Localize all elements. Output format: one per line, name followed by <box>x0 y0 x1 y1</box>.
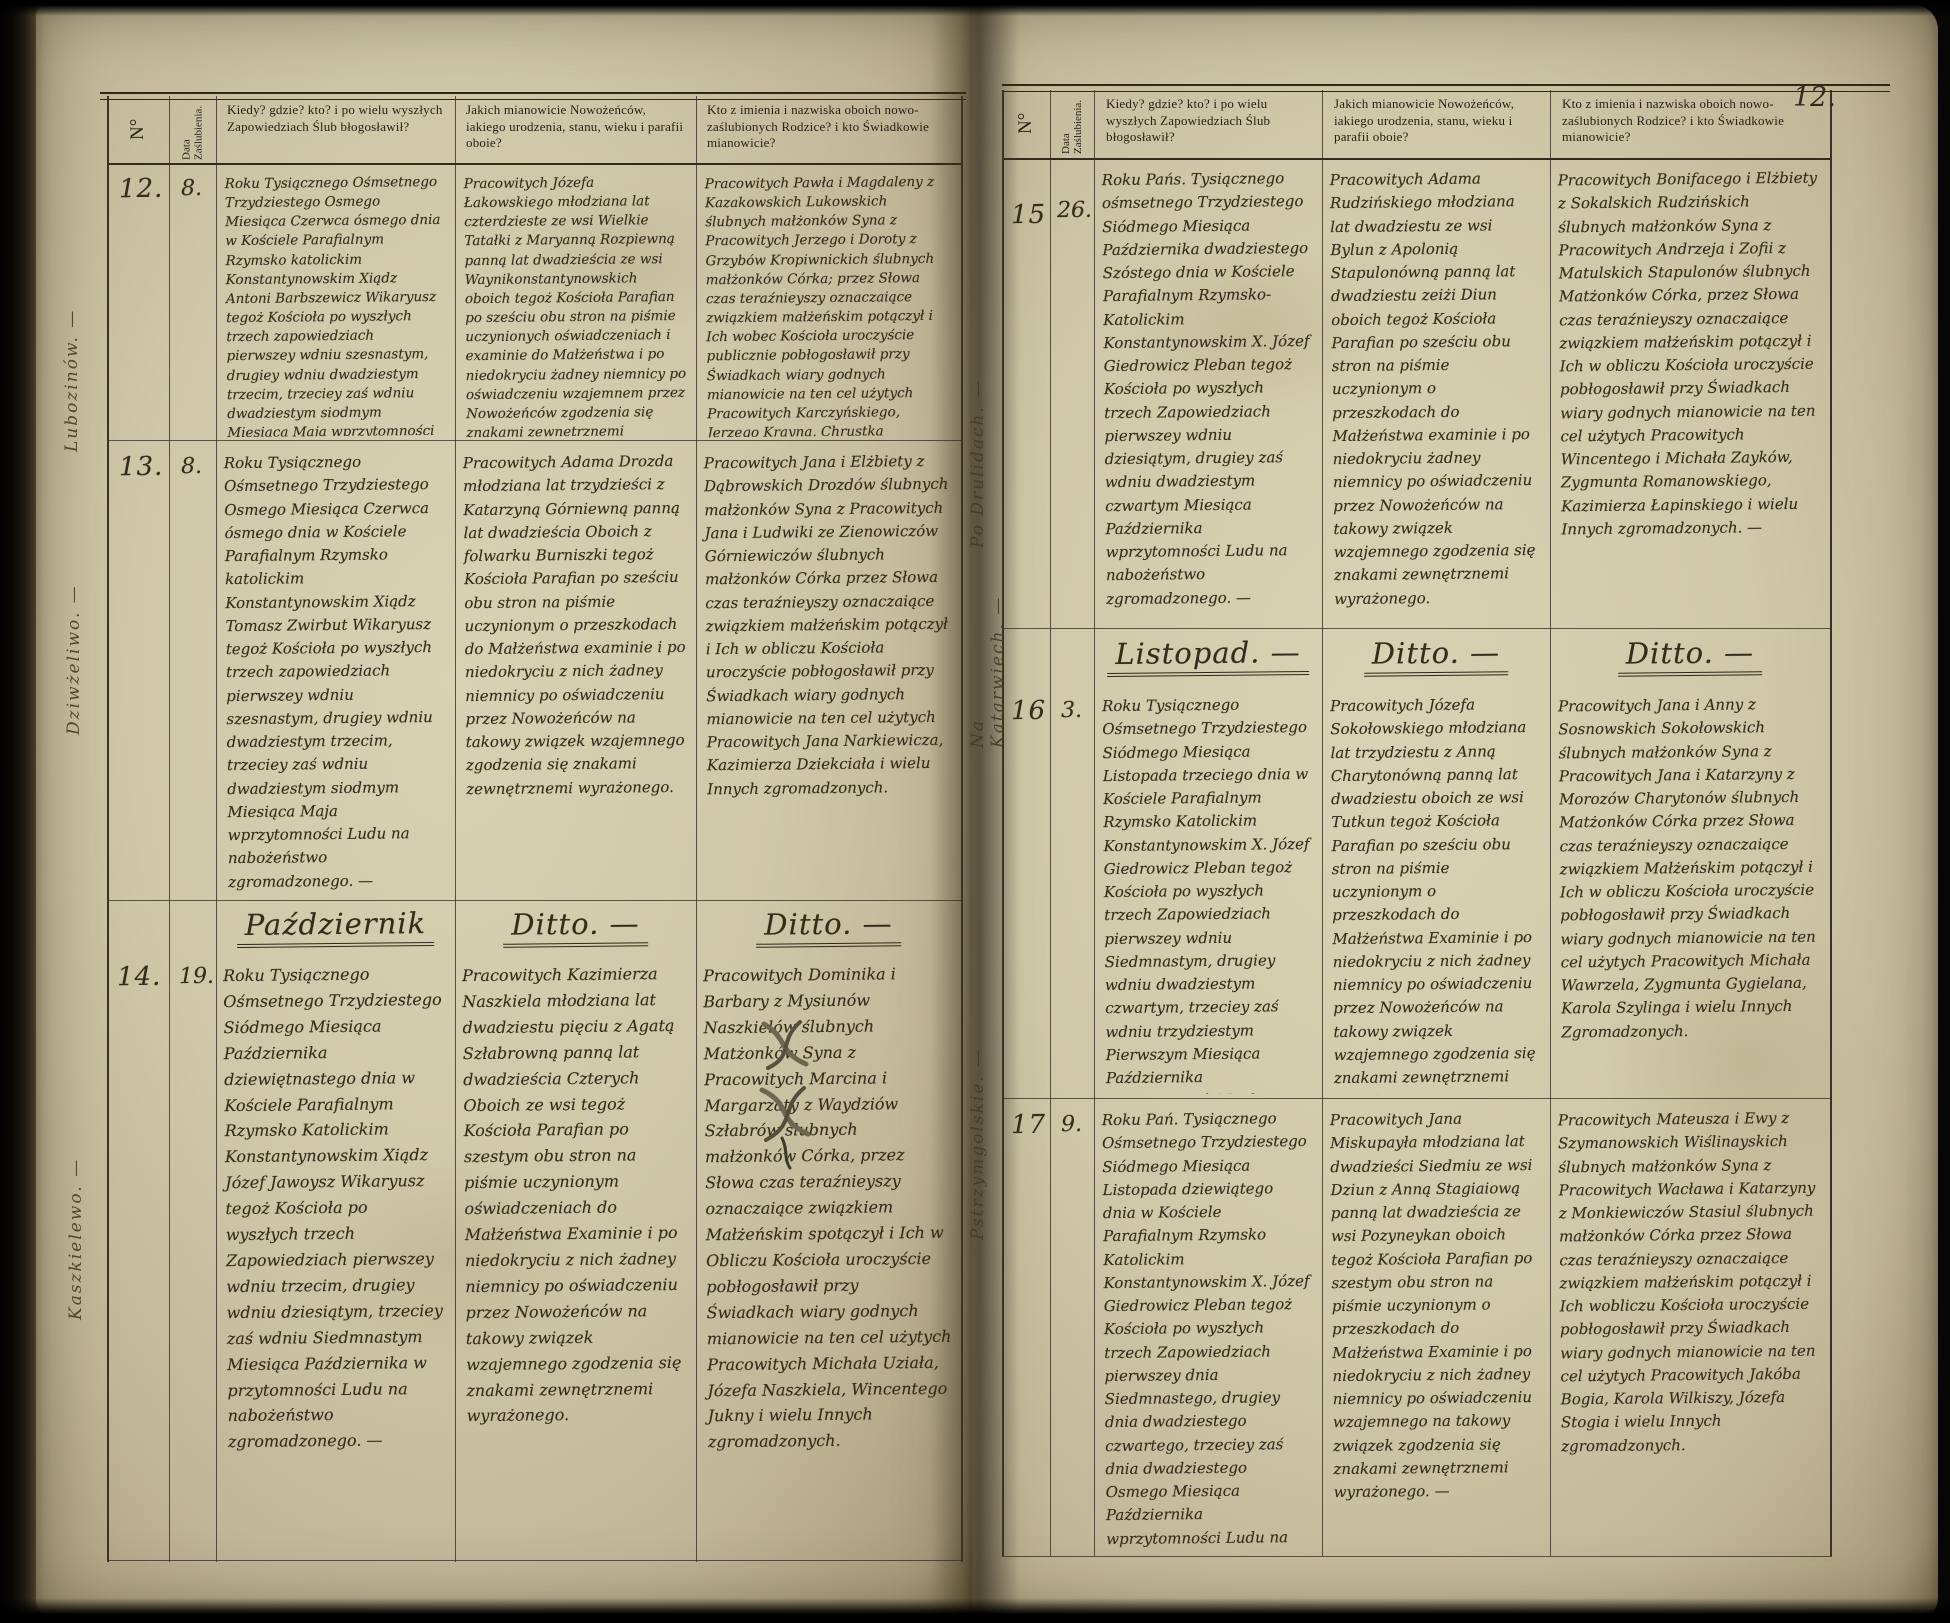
right-col-divider <box>1322 90 1323 1556</box>
left-row-separator <box>107 440 963 441</box>
right-col-divider <box>1094 90 1095 1556</box>
entry-who-text: Pracowitych Kazimierza Naszkiela młodzia… <box>455 957 696 1555</box>
left-table-border <box>107 96 109 1562</box>
entry-witnesses-text: Pracowitych Bonifacego i Elżbiety z Soka… <box>1551 163 1830 626</box>
entry-who-text: Pracowitych Adama Rudzińskiego młodziana… <box>1323 163 1550 625</box>
entry-who-text: Pracowitych Józefa Sokołowskiego młodzia… <box>1323 689 1549 1095</box>
left-col-divider <box>455 96 456 1562</box>
right-header-who: Jakich mianowicie Nowożeńców, iakiego ur… <box>1327 92 1545 150</box>
right-header-when: Kiedy? gdzie? kto? i po wielu wyszłych Z… <box>1099 92 1317 150</box>
month-header-november: Listopad. — <box>1094 631 1323 687</box>
ditto-label: Ditto. — <box>756 906 901 948</box>
left-header-witnesses: Kto z imienia i nazwiska oboich nowo-zaś… <box>700 98 958 156</box>
ditto-label: Ditto. — <box>503 906 648 948</box>
month-header-october: Październik <box>216 902 456 956</box>
left-header-who: Jakich mianowicie Nowożeńców, iakiego ur… <box>459 98 691 156</box>
left-row-separator <box>107 900 963 901</box>
right-header-witnesses: Kto z imienia i nazwiska oboich nowo-zaś… <box>1555 92 1825 150</box>
month-header-label: Październik <box>237 906 435 948</box>
entry-when-text: Roku Tysiącznego Ośmsetnego Trzydziesteg… <box>217 446 455 896</box>
entry-witnesses-text: Pracowitych Pawła i Magdaleny z Kazakows… <box>698 169 960 438</box>
entry-witnesses-text: Pracowitych Dominika i Barbary z Mysiunó… <box>696 957 961 1556</box>
entry-date: 8. <box>174 172 214 205</box>
entry-date: 8. <box>174 450 214 483</box>
entry-date: 26. <box>1050 194 1092 227</box>
right-table-border <box>1830 90 1832 1556</box>
margin-note: Lubozinów. — <box>62 172 82 452</box>
entry-who-text: Pracowitych Józefa Łakowskiego młodziana… <box>457 169 695 437</box>
margin-note: Dziwżeliwo. — <box>64 455 84 735</box>
top-shadow <box>0 0 1950 16</box>
entry-witnesses-text: Pracowitych Jana i Elżbiety z Dąbrowskic… <box>697 446 961 897</box>
right-header-bottom-rule <box>1002 158 1832 160</box>
left-header-bottom-rule <box>107 163 963 165</box>
left-header-no: N° <box>107 96 169 162</box>
page-number: 12. <box>1786 78 1843 117</box>
ditto-label: Ditto. — <box>1364 635 1509 677</box>
entry-when-text: Roku Tysiącznego Ośmsetnego Trzydziesteg… <box>1095 689 1321 1095</box>
month-header-label: Listopad. — <box>1107 635 1309 677</box>
entry-when-text: Roku Pań. Tysiącznego Ośmsetnego Trzydzi… <box>1095 1103 1322 1553</box>
entry-when-text: Roku Tysiącznego Ośmsetnego Trzydziesteg… <box>216 957 455 1555</box>
left-table-border <box>961 96 963 1562</box>
bottom-shadow <box>0 1598 1950 1623</box>
entry-witnesses-text: Pracowitych Mateusza i Ewy z Szymanowski… <box>1551 1103 1830 1554</box>
left-col-divider <box>216 96 217 1562</box>
binding-thread <box>748 1012 828 1172</box>
left-col-divider <box>169 96 170 1562</box>
entry-number: 14. <box>110 958 166 997</box>
left-table-bottom-rule <box>107 1560 963 1561</box>
entry-witnesses-text: Pracowitych Jana i Anny z Sosnowskich So… <box>1551 689 1829 1096</box>
right-row-separator <box>1002 1098 1832 1099</box>
gutter-note: Pstrzymgolskie. — <box>968 880 988 1240</box>
entry-date: 9. <box>1054 1108 1092 1141</box>
entry-number: 16. <box>1004 692 1048 730</box>
right-table-border <box>1002 90 1004 1556</box>
entry-number: 17. <box>1004 1106 1048 1144</box>
entry-when-text: Roku Pańs. Tysiącznego ośmsetnego Trzydz… <box>1095 163 1322 625</box>
ditto-label: Ditto. — <box>1618 635 1763 677</box>
month-ditto: Ditto. — <box>455 902 697 957</box>
entry-who-text: Pracowitych Adama Drozda młodziana lat t… <box>456 446 696 896</box>
entry-number: 12. <box>112 170 166 209</box>
margin-note: Kaszkielewo. — <box>66 1030 86 1320</box>
left-header-date: Data Zaślubienia. <box>169 94 216 164</box>
entry-number: 15. <box>1004 196 1048 234</box>
month-ditto: Ditto. — <box>696 902 962 957</box>
left-col-divider <box>696 96 697 1562</box>
month-ditto: Ditto. — <box>1322 631 1551 687</box>
entry-date: 19. <box>172 960 214 993</box>
right-table-bottom-rule <box>1002 1556 1832 1557</box>
month-ditto: Ditto. — <box>1550 631 1831 688</box>
entry-date: 3. <box>1054 694 1092 727</box>
right-table-top-rule <box>1002 84 1890 92</box>
right-header-no: N° <box>1002 90 1050 156</box>
left-header-when: Kiedy? gdzie? kto? i po wielu wyszłych Z… <box>220 98 450 139</box>
entry-who-text: Pracowitych Jana Miskupayła młodziana la… <box>1323 1103 1550 1553</box>
entry-when-text: Roku Tysiącznego Ośmsetnego Trzydziesteg… <box>218 169 454 437</box>
right-col-divider <box>1550 90 1551 1556</box>
register-book-spread: N° Data Zaślubienia. Kiedy? gdzie? kto? … <box>0 0 1950 1623</box>
entry-number: 13. <box>112 448 166 487</box>
right-row-separator <box>1002 628 1832 629</box>
right-header-date: Data Zaślubienia. <box>1050 88 1094 158</box>
gutter-note: Na Katarwiech. — <box>968 588 1008 748</box>
right-col-divider <box>1050 90 1051 1556</box>
gutter-note: Po Drulidach. — <box>968 328 988 548</box>
